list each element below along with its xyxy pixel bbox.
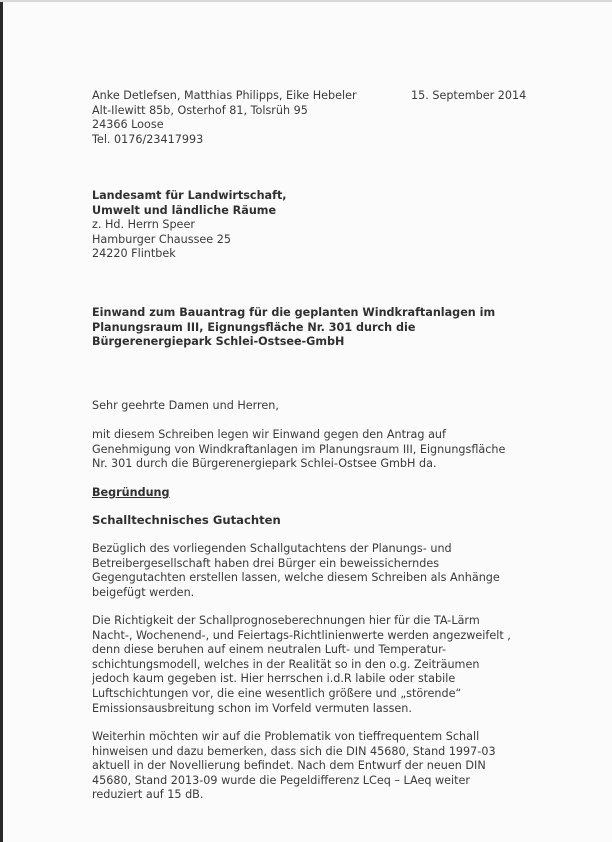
paragraph-line: Die Richtigkeit der Schallprognoseberech…	[92, 614, 511, 629]
paragraph-line: Weiterhin möchten wir auf die Problemati…	[92, 730, 496, 745]
subject-line: Bürgerenergiepark Schlei-Ostsee-GmbH	[92, 335, 495, 350]
body-paragraph-2: Die Richtigkeit der Schallprognoseberech…	[92, 614, 511, 716]
paragraph-line: reduziert auf 15 dB.	[92, 788, 496, 803]
sender-street: Alt-Ilewitt 85b, Osterhof 81, Tolsrüh 95	[92, 104, 357, 119]
sender-city: 24366 Loose	[92, 118, 357, 133]
begruendung-heading: Begründung	[92, 486, 170, 501]
letter-date: 15. September 2014	[411, 89, 526, 104]
paragraph-line: Betreibergesellschaft haben drei Bürger …	[92, 557, 500, 572]
sender-phone: Tel. 0176/23417993	[92, 133, 357, 148]
recipient-city: 24220 Flintbek	[92, 247, 287, 262]
paragraph-line: Nr. 301 durch die Bürgerenergiepark Schl…	[92, 457, 505, 472]
paragraph-line: jedoch kaum gegeben ist. Hier herrschen …	[92, 672, 511, 687]
paragraph-line: schichtungsmodell, welches in der Realit…	[92, 658, 511, 673]
paragraph-line: Gegengutachten erstellen lassen, welche …	[92, 571, 500, 586]
sender-address: Anke Detlefsen, Matthias Philipps, Eike …	[92, 89, 357, 147]
paragraph-line: hinweisen und dazu bemerken, dass sich d…	[92, 745, 496, 760]
paragraph-line: Genehmigung von Windkraftanlagen im Plan…	[92, 443, 505, 458]
subject-line: Planungsraum III, Eignungsfläche Nr. 301…	[92, 321, 495, 336]
scan-page-edge	[0, 0, 3, 842]
section-heading: Schalltechnisches Gutachten	[92, 513, 281, 528]
paragraph-line: aktuell in der Novellierung befindet. Na…	[92, 759, 496, 774]
subject-line: Einwand zum Bauantrag für die geplanten …	[92, 306, 495, 321]
recipient-address: Landesamt für Landwirtschaft, Umwelt und…	[92, 189, 287, 262]
paragraph-line: Nacht-, Wochenend-, und Feiertags-Richtl…	[92, 629, 511, 644]
salutation: Sehr geehrte Damen und Herren,	[92, 399, 279, 414]
paragraph-line: Luftschichtungen vor, die eine wesentlic…	[92, 687, 511, 702]
body-paragraph-3: Weiterhin möchten wir auf die Problemati…	[92, 730, 496, 803]
paragraph-line: denn diese beruhen auf einem neutralen L…	[92, 643, 511, 658]
scan-page-edge-top	[0, 0, 612, 2]
intro-paragraph: mit diesem Schreiben legen wir Einwand g…	[92, 428, 505, 472]
letter-subject: Einwand zum Bauantrag für die geplanten …	[92, 306, 495, 350]
paragraph-line: Bezüglich des vorliegenden Schallgutacht…	[92, 542, 500, 557]
paragraph-line: beigefügt werden.	[92, 586, 500, 601]
paragraph-line: Emissionsausbreitung schon im Vorfeld ve…	[92, 702, 511, 717]
recipient-attention: z. Hd. Herrn Speer	[92, 218, 287, 233]
paragraph-line: 45680, Stand 2013-09 wurde die Pegeldiff…	[92, 774, 496, 789]
recipient-street: Hamburger Chaussee 25	[92, 233, 287, 248]
sender-names: Anke Detlefsen, Matthias Philipps, Eike …	[92, 89, 357, 104]
recipient-org-line-2: Umwelt und ländliche Räume	[92, 204, 287, 219]
paragraph-line: mit diesem Schreiben legen wir Einwand g…	[92, 428, 505, 443]
recipient-org-line-1: Landesamt für Landwirtschaft,	[92, 189, 287, 204]
body-paragraph-1: Bezüglich des vorliegenden Schallgutacht…	[92, 542, 500, 600]
